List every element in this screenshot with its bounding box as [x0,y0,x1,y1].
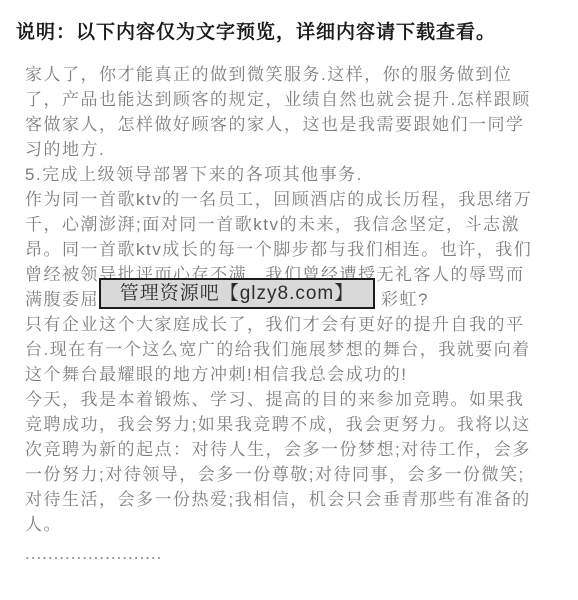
text-line: 客做家人，怎样做好顾客的家人，这也是我需要跟她们一同学 [25,112,570,137]
text-line: 习的地方. [25,137,570,162]
preview-notice: 说明：以下内容仅为文字预览，详细内容请下载查看。 [16,17,570,44]
text-line: 千，心潮澎湃;面对同一首歌ktv的未来，我信念坚定，斗志激 [25,212,570,237]
ellipsis-line: ........................ [25,541,570,566]
text-fragment-right: 彩虹? [381,287,429,312]
text-line: 了，产品也能达到顾客的规定，业绩自然也就会提升.怎样跟顾 [25,87,570,112]
text-line: 竞聘成功，我会努力;如果我竞聘不成，我会更努力。我将以这 [25,412,570,437]
text-line: 昂。同一首歌ktv成长的每一个脚步都与我们相连。也许，我们 [25,237,570,262]
text-line-with-watermark: 满腹委屈 管理资源吧【glzy8.com】 彩虹? [25,287,570,312]
text-line: 家人了，你才能真正的做到微笑服务.这样，你的服务做到位 [25,62,570,87]
text-line: 对待生活，会多一份热爱;我相信，机会只会垂青那些有准备的 [25,487,570,512]
text-line: 人。 [25,512,570,537]
text-line: 5.完成上级领导部署下来的各项其他事务. [25,162,570,187]
document-text-body: 家人了，你才能真正的做到微笑服务.这样，你的服务做到位 了，产品也能达到顾客的规… [14,62,570,566]
text-line: 今天，我是本着锻炼、学习、提高的目的来参加竞聘。如果我 [25,387,570,412]
text-line: 这个舞台最耀眼的地方冲刺!相信我总会成功的! [25,362,570,387]
text-fragment-left: 满腹委屈 [25,290,99,309]
text-line: 一份努力;对待领导，会多一份尊敬;对待同事，会多一份微笑; [25,462,570,487]
text-line: 次竞聘为新的起点：对待人生，会多一份梦想;对待工作，会多 [25,437,570,462]
text-line: 台.现在有一个这么宽广的给我们施展梦想的舞台，我就要向着 [25,337,570,362]
watermark-box: 管理资源吧【glzy8.com】 [99,278,375,309]
text-line: 只有企业这个大家庭成长了，我们才会有更好的提升自我的平 [25,312,570,337]
text-line: 作为同一首歌ktv的一名员工，回顾酒店的成长历程，我思绪万 [25,187,570,212]
document-preview-page: 说明：以下内容仅为文字预览，详细内容请下载查看。 家人了，你才能真正的做到微笑服… [0,0,578,600]
